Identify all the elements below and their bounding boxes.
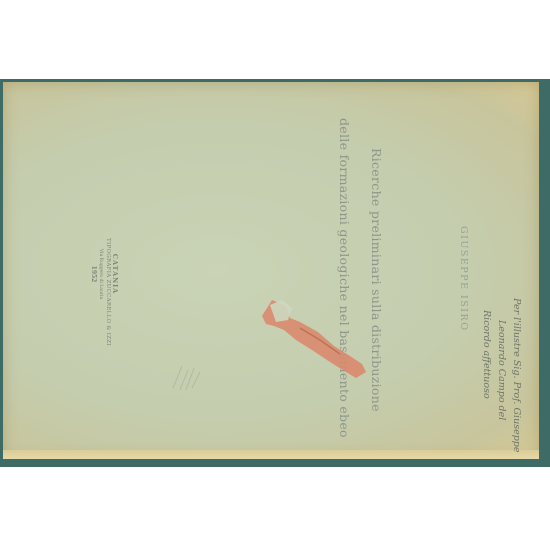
publisher-city: CATANIA xyxy=(111,238,118,310)
publisher-address: Via Ruggero di Lauria xyxy=(97,238,104,310)
handwritten-line-1: Per l'illustre Sig. Prof. Giuseppe xyxy=(511,298,522,452)
handwritten-line-3: Ricordo affettuoso xyxy=(481,310,492,399)
publisher-block: CATANIA TIPOGRAFIA ZUCCARELLO & IZZI Via… xyxy=(90,238,118,310)
pencil-marks xyxy=(168,360,208,395)
publication-year: 1952 xyxy=(90,238,97,310)
author-name: GIUSEPPE ISIRO xyxy=(458,226,469,331)
title-line-2: delle formazioni geologiche nel basament… xyxy=(337,118,352,438)
handwritten-line-2: Leonardo Campo del xyxy=(496,320,507,420)
title-line-1: Ricerche preliminari sulla distribuzione xyxy=(369,148,384,412)
publisher-printer: TIPOGRAFIA ZUCCARELLO & IZZI xyxy=(104,238,111,310)
